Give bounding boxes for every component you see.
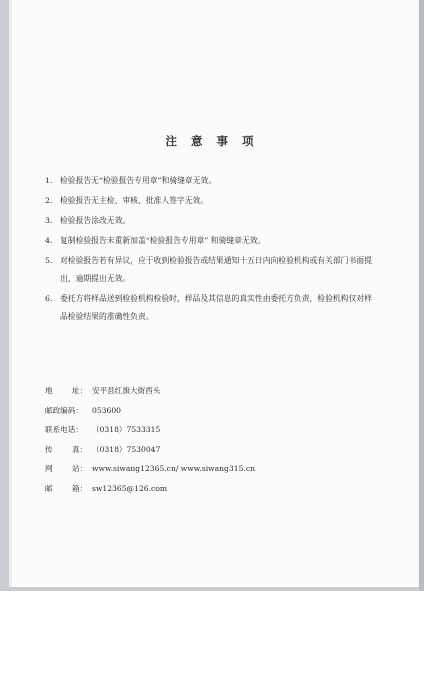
note-text-continued: 出，逾期提出无效。 — [60, 274, 380, 284]
website-value: www.siwang12365.cn/ www.siwang315.cn — [92, 464, 255, 473]
note-number: 2. — [45, 196, 52, 206]
note-number: 5. — [45, 256, 52, 266]
note-text: 对检验报告若有异议，应于收到检验报告或结果通知十五日内向检验机构或有关部门书面提 — [60, 256, 372, 265]
postcode-value: 053600 — [92, 406, 121, 415]
contact-address: 地址：安平县红旗大街西头 — [45, 386, 255, 396]
contact-email: 邮箱：sw12365@126.com — [45, 484, 255, 494]
note-number: 4. — [45, 236, 52, 246]
contact-website: 网站：www.siwang12365.cn/ www.siwang315.cn — [45, 464, 255, 474]
address-value: 安平县红旗大街西头 — [92, 386, 160, 395]
fax-value: （0318）7530047 — [92, 445, 160, 454]
note-number: 1. — [45, 176, 52, 186]
contact-info: 地址：安平县红旗大街西头 邮政编码：053600 联系电话：（0318）7533… — [45, 386, 255, 504]
notes-list: 1. 检验报告无“检验报告专用章”和骑缝章无效。 2. 检验报告无主检、审核、批… — [45, 176, 380, 332]
contact-phone: 联系电话：（0318）7533315 — [45, 425, 255, 435]
note-text: 复制检验报告未重新加盖“检验报告专用章” 和骑缝章无效。 — [60, 236, 265, 245]
note-item: 2. 检验报告无主检、审核、批准人签字无效。 — [45, 196, 380, 206]
note-number: 6. — [45, 294, 52, 304]
note-item: 5. 对检验报告若有异议，应于收到检验报告或结果通知十五日内向检验机构或有关部门… — [45, 256, 380, 284]
scan-shadow — [419, 0, 424, 591]
note-item: 4. 复制检验报告未重新加盖“检验报告专用章” 和骑缝章无效。 — [45, 236, 380, 246]
note-text: 检验报告无“检验报告专用章”和骑缝章无效。 — [60, 176, 216, 185]
note-text: 检验报告无主检、审核、批准人签字无效。 — [60, 196, 208, 205]
phone-value: （0318）7533315 — [92, 425, 160, 434]
email-value: sw12365@126.com — [92, 484, 167, 493]
contact-fax: 传真：（0318）7530047 — [45, 445, 255, 455]
note-item: 3. 检验报告涂改无效。 — [45, 216, 380, 226]
note-text: 检验报告涂改无效。 — [60, 216, 130, 225]
note-text: 委托方将样品送到检验机构检验时，样品及其信息的真实性由委托方负责，检验机构仅对样 — [60, 294, 372, 303]
note-item: 6. 委托方将样品送到检验机构检验时，样品及其信息的真实性由委托方负责，检验机构… — [45, 294, 380, 322]
contact-postcode: 邮政编码：053600 — [45, 406, 255, 416]
note-item: 1. 检验报告无“检验报告专用章”和骑缝章无效。 — [45, 176, 380, 186]
page-title: 注 意 事 项 — [0, 133, 424, 149]
note-text-continued: 品检验结果的准确性负责。 — [60, 312, 380, 322]
note-number: 3. — [45, 216, 52, 226]
